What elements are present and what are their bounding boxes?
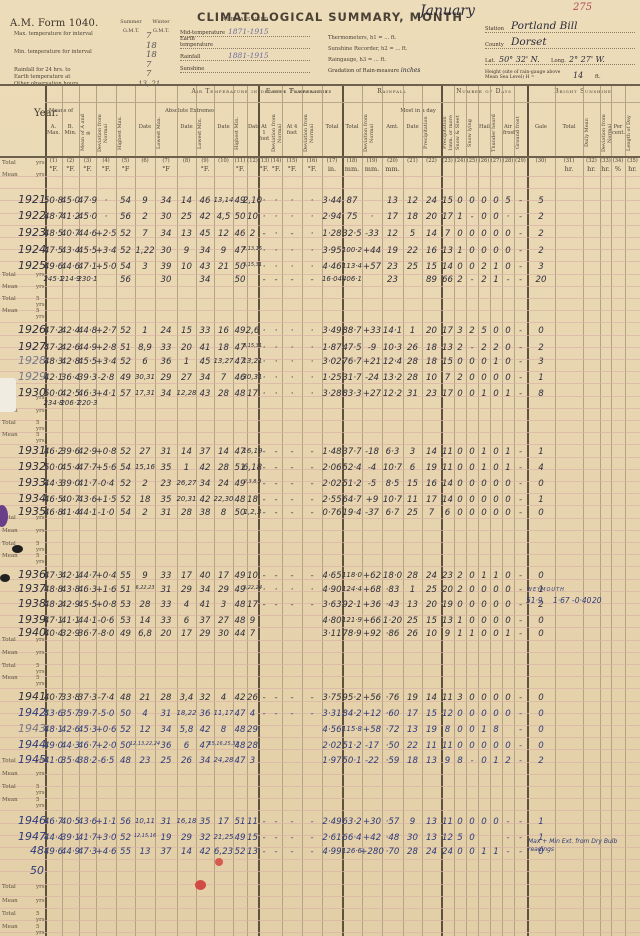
- column-unit: in.: [322, 166, 342, 172]
- table-cell: 11: [442, 693, 453, 703]
- table-cell: -: [519, 246, 522, 256]
- table-cell: 0: [493, 246, 498, 256]
- table-cell: 44·6: [78, 229, 97, 239]
- table-cell: 16·04: [322, 275, 342, 283]
- table-cell: 6,22,23: [135, 585, 154, 591]
- table-cell: ·: [263, 357, 266, 367]
- table-cell: 230·1: [77, 275, 97, 283]
- table-cell: -: [310, 447, 313, 457]
- table-cell: 25: [407, 508, 418, 518]
- table-cell: 4: [538, 463, 543, 473]
- table-cell: +1·6: [96, 585, 117, 595]
- table-cell: 11: [442, 741, 453, 751]
- ruled-line: [0, 786, 640, 787]
- table-cell: 6: [184, 616, 189, 626]
- summary-row-label: Mean5 yrs.: [2, 797, 18, 803]
- table-cell: 17: [442, 326, 453, 336]
- table-cell: 25: [161, 756, 172, 766]
- table-cell: 13,21: [242, 357, 262, 365]
- table-cell: ·: [311, 262, 314, 272]
- table-cell: 1: [184, 463, 189, 473]
- row-year: 1946: [18, 814, 46, 827]
- reference-number: 275: [573, 2, 592, 13]
- table-cell: 37·7: [342, 447, 361, 457]
- table-cell: 13: [442, 246, 453, 256]
- column-header: Total: [556, 124, 582, 130]
- column-header: Lowest Max.: [156, 114, 176, 152]
- table-cell: 1: [457, 629, 462, 639]
- table-cell: -: [274, 447, 277, 457]
- table-cell: -: [519, 447, 522, 457]
- table-cell: +1·1: [96, 817, 117, 827]
- table-cell: 0: [469, 463, 474, 473]
- row-year: 1927: [18, 340, 46, 353]
- table-cell: 17: [181, 571, 192, 581]
- table-cell: 7: [221, 373, 226, 383]
- table-cell: 47: [235, 709, 246, 719]
- column-number: (6): [135, 158, 155, 164]
- table-cell: 1: [481, 463, 486, 473]
- table-cell: 0: [481, 495, 486, 505]
- table-cell: 4·56: [322, 725, 341, 735]
- ruled-line: [0, 530, 640, 531]
- summary-row-label: Mean5 yrs.: [2, 432, 18, 438]
- table-cell: 36: [161, 357, 172, 367]
- table-cell: 0: [538, 571, 543, 581]
- table-cell: +42: [363, 833, 381, 843]
- table-cell: -9: [368, 343, 377, 353]
- table-cell: 3: [221, 600, 226, 610]
- row-year: 50: [30, 864, 44, 877]
- table-cell: 35: [161, 495, 172, 505]
- column-number: (19): [362, 158, 382, 164]
- table-cell: 9: [142, 196, 147, 206]
- table-cell: 4·80: [322, 616, 341, 626]
- table-cell: 0: [493, 585, 498, 595]
- summary-row-label: Mean5 yrs.: [2, 924, 18, 930]
- table-cell: 36: [200, 709, 211, 719]
- table-cell: 46·7: [78, 741, 97, 751]
- table-cell: 0: [538, 616, 543, 626]
- table-cell: 10,11: [135, 817, 155, 825]
- table-cell: -: [262, 833, 265, 843]
- table-cell: 1: [505, 389, 510, 399]
- table-cell: 1: [493, 275, 498, 285]
- row-year: 1929: [18, 370, 46, 383]
- table-cell: 31: [161, 817, 172, 827]
- table-cell: 50: [235, 275, 246, 285]
- table-cell: ·: [105, 196, 108, 206]
- table-cell: 28: [218, 389, 229, 399]
- table-cell: 56: [120, 275, 131, 285]
- table-cell: 52: [120, 357, 131, 367]
- table-cell: 9: [445, 629, 450, 639]
- table-cell: 42: [200, 495, 211, 505]
- column-header: Mean of A and B: [80, 114, 95, 152]
- table-cell: 28: [247, 741, 258, 751]
- table-cell: 0: [505, 585, 510, 595]
- table-cell: 48: [235, 616, 246, 626]
- table-cell: -33: [365, 229, 379, 239]
- table-cell: 13,14: [213, 196, 233, 204]
- table-cell: 25: [407, 262, 418, 272]
- table-cell: ·83: [386, 585, 400, 595]
- table-cell: 43·6: [78, 817, 97, 827]
- table-cell: 42: [200, 725, 211, 735]
- table-cell: 48: [120, 693, 131, 703]
- table-cell: 30: [161, 212, 172, 222]
- table-cell: 2: [457, 275, 462, 285]
- table-cell: 23: [387, 275, 398, 285]
- climatological-summary-form: A.M. Form 1040. CLIMATOLOGICAL SUMMARY, …: [0, 0, 640, 936]
- table-cell: 2: [538, 343, 543, 353]
- table-cell: ·: [275, 343, 278, 353]
- table-cell: 406·1: [342, 275, 362, 283]
- table-cell: 0: [493, 479, 498, 489]
- table-cell: ·: [275, 585, 278, 595]
- ruled-line: [0, 322, 640, 323]
- longitude: 2° 27' W.: [569, 55, 605, 64]
- table-cell: 44·1: [78, 508, 97, 518]
- column-header: Date: [404, 124, 421, 130]
- table-cell: -: [310, 709, 313, 719]
- table-cell: 15: [442, 357, 453, 367]
- table-cell: 2,13,15: [243, 246, 262, 252]
- row-year: 1939: [18, 613, 46, 626]
- table-cell: 20: [536, 275, 547, 285]
- table-cell: +92: [363, 629, 381, 639]
- table-cell: 2,10: [243, 196, 262, 206]
- column-header: Highest Max.: [117, 114, 134, 152]
- normals-used: NORMALS USED Mid-temperature1871-1915 Ea…: [180, 22, 310, 73]
- table-cell: 3·49: [322, 326, 341, 336]
- column-header: Amt.: [383, 124, 402, 130]
- column-header: Snow & Sleet: [455, 114, 465, 152]
- table-cell: 13: [387, 196, 398, 206]
- table-cell: 56: [120, 212, 131, 222]
- table-cell: 10: [426, 629, 437, 639]
- ruled-line: [0, 652, 640, 653]
- table-cell: 18: [218, 343, 229, 353]
- table-cell: 48: [235, 495, 246, 505]
- ruled-line: [0, 420, 640, 421]
- table-cell: 30: [161, 275, 172, 285]
- table-cell: 29: [161, 373, 172, 383]
- table-cell: +0·4: [96, 571, 117, 581]
- table-cell: 0: [469, 741, 474, 751]
- table-cell: 14: [181, 847, 192, 857]
- obs-label: Max. temperature for interval: [14, 30, 124, 39]
- summary-row-label: Totalyrs.: [2, 758, 16, 764]
- table-cell: 2: [142, 508, 147, 518]
- ink-spot: [12, 545, 23, 553]
- table-cell: 0: [469, 616, 474, 626]
- ruled-line: [0, 554, 640, 555]
- table-cell: -: [262, 229, 265, 239]
- table-cell: -: [519, 741, 522, 751]
- table-cell: 0: [457, 463, 462, 473]
- column-number: (3): [79, 158, 96, 164]
- table-cell: 37: [161, 847, 172, 857]
- table-cell: 0: [457, 817, 462, 827]
- table-cell: ·72: [386, 725, 400, 735]
- table-cell: 4·90: [322, 585, 341, 595]
- table-cell: 29: [200, 629, 211, 639]
- table-cell: 0: [538, 479, 543, 489]
- table-cell: ·43: [386, 600, 400, 610]
- table-cell: 50: [235, 212, 246, 222]
- table-cell: ·: [291, 246, 294, 256]
- table-cell: +4·1: [96, 389, 117, 399]
- table-cell: ·: [275, 212, 278, 222]
- table-cell: 2: [469, 326, 474, 336]
- table-cell: ·: [105, 212, 108, 222]
- table-cell: 29: [218, 585, 229, 595]
- table-cell: ·57: [386, 817, 400, 827]
- table-cell: -: [310, 600, 313, 610]
- table-cell: 2: [538, 229, 543, 239]
- table-cell: -: [519, 817, 522, 827]
- table-cell: -24: [365, 373, 379, 383]
- table-cell: 0: [505, 357, 510, 367]
- table-cell: 33: [161, 343, 172, 353]
- table-cell: 0: [481, 373, 486, 383]
- table-cell: 0: [469, 495, 474, 505]
- column-number: (13): [258, 158, 270, 164]
- table-cell: 0: [505, 479, 510, 489]
- table-cell: 18: [407, 756, 418, 766]
- table-cell: 1: [481, 847, 486, 857]
- table-cell: 0: [469, 600, 474, 610]
- table-cell: 37: [200, 447, 211, 457]
- column-unit: hr.: [583, 166, 600, 172]
- table-cell: 6,8: [138, 629, 152, 639]
- heights-block: Thermometers, h1 = ... ft. Sunshine Reco…: [328, 33, 468, 66]
- sunshine-daily-mean: 1·67: [553, 596, 570, 605]
- table-cell: ·: [275, 229, 278, 239]
- table-cell: -: [519, 693, 522, 703]
- table-cell: 9: [410, 817, 415, 827]
- row-year: 1945: [18, 753, 46, 766]
- table-cell: -0·6: [98, 616, 115, 626]
- table-cell: ·: [507, 212, 510, 222]
- row-year: 1933: [18, 476, 46, 489]
- table-cell: 0: [457, 709, 462, 719]
- table-cell: 0: [457, 447, 462, 457]
- ruled-line: [0, 505, 640, 506]
- table-cell: 33: [161, 571, 172, 581]
- table-cell: 1: [538, 495, 543, 505]
- table-cell: +57: [363, 262, 381, 272]
- table-cell: 14: [426, 229, 437, 239]
- table-cell: 13·2: [383, 373, 402, 383]
- table-cell: 25: [426, 585, 437, 595]
- table-cell: 51: [235, 817, 246, 827]
- ruled-line: [0, 444, 640, 445]
- column-header: Snow lying: [467, 114, 477, 152]
- table-cell: 9: [142, 571, 147, 581]
- table-cell: 12: [442, 833, 453, 843]
- table-cell: 15: [442, 196, 453, 206]
- table-cell: 1: [481, 447, 486, 457]
- table-cell: 87: [347, 196, 358, 206]
- table-cell: 52: [120, 725, 131, 735]
- table-cell: ·: [311, 326, 314, 336]
- table-cell: 14: [181, 196, 192, 206]
- table-cell: 30: [161, 246, 172, 256]
- row-year: 1930: [18, 386, 46, 399]
- column-number: (1): [45, 158, 62, 164]
- table-cell: ·: [263, 326, 266, 336]
- table-cell: 1: [493, 357, 498, 367]
- table-cell: 2·02: [322, 479, 341, 489]
- summary-row-label: Totalyrs.: [2, 637, 16, 643]
- table-cell: 0: [493, 212, 498, 222]
- table-cell: -: [519, 275, 522, 285]
- column-header: Date: [178, 124, 195, 130]
- table-cell: 52·4: [342, 463, 361, 473]
- table-cell: 6: [142, 357, 147, 367]
- table-cell: 1: [493, 847, 498, 857]
- table-cell: 28: [218, 463, 229, 473]
- table-cell: 36: [161, 741, 172, 751]
- table-cell: 0: [505, 600, 510, 610]
- row-year: 1921: [18, 193, 46, 206]
- table-cell: 24: [218, 479, 229, 489]
- table-cell: 42: [200, 463, 211, 473]
- table-cell: +3·4: [96, 246, 117, 256]
- table-cell: +5·0: [96, 262, 117, 272]
- column-unit: °F.: [96, 166, 116, 172]
- ruled-line: [0, 286, 640, 287]
- table-cell: 43: [200, 262, 211, 272]
- table-cell: 1,2,3: [244, 508, 262, 516]
- table-cell: 2: [538, 212, 543, 222]
- column-header: Air frost: [503, 124, 513, 136]
- table-cell: 45·5: [78, 246, 97, 256]
- table-cell: 47·5: [342, 343, 361, 353]
- table-cell: 11: [407, 495, 418, 505]
- table-cell: 0: [505, 709, 510, 719]
- table-cell: +4·6: [96, 847, 117, 857]
- table-cell: ·: [263, 343, 266, 353]
- table-cell: ·: [291, 212, 294, 222]
- column-number: (28): [502, 158, 514, 164]
- table-cell: 45: [200, 229, 211, 239]
- table-cell: 51·2: [342, 479, 361, 489]
- table-cell: 0: [493, 229, 498, 239]
- table-cell: 13: [426, 817, 437, 827]
- table-cell: 52: [120, 495, 131, 505]
- table-cell: 0: [538, 725, 543, 735]
- table-cell: 7: [250, 629, 255, 639]
- table-cell: ·76: [386, 693, 400, 703]
- sunshine-total: 51·9: [526, 596, 543, 605]
- table-cell: ·: [275, 389, 278, 399]
- table-cell: 0: [469, 833, 474, 843]
- table-cell: 4·65: [322, 571, 341, 581]
- table-cell: 15: [426, 616, 437, 626]
- row-year: 1935: [18, 505, 46, 518]
- column-number: (9): [196, 158, 214, 164]
- table-cell: 21: [140, 693, 151, 703]
- table-cell: 14: [442, 262, 453, 272]
- table-cell: 34: [161, 229, 172, 239]
- table-cell: 42·9: [78, 447, 97, 457]
- table-cell: 35: [161, 463, 172, 473]
- table-cell: 3: [410, 447, 415, 457]
- table-cell: 23: [140, 756, 151, 766]
- ruled-line: [0, 566, 640, 567]
- table-cell: 47·3: [78, 847, 97, 857]
- table-cell: 14·1: [383, 326, 402, 336]
- table-cell: 18,22: [176, 709, 196, 717]
- table-cell: +62: [363, 571, 381, 581]
- table-cell: 13: [407, 600, 418, 610]
- table-cell: 40: [200, 571, 211, 581]
- table-cell: 13: [442, 343, 453, 353]
- table-cell: 8·5: [386, 479, 400, 489]
- table-cell: -: [519, 373, 522, 383]
- table-cell: 41: [200, 600, 211, 610]
- table-cell: -0·4: [98, 479, 115, 489]
- table-cell: +2·0: [96, 741, 117, 751]
- table-cell: 0: [481, 629, 486, 639]
- table-cell: -: [519, 709, 522, 719]
- row-year: 1947: [18, 830, 46, 843]
- table-cell: ·: [291, 262, 294, 272]
- table-cell: ·: [291, 196, 294, 206]
- table-cell: 16: [218, 326, 229, 336]
- table-cell: 39·3: [78, 373, 97, 383]
- table-cell: 14: [426, 447, 437, 457]
- table-cell: 0: [457, 357, 462, 367]
- table-cell: 12,15,16: [134, 833, 156, 839]
- table-cell: -: [290, 847, 293, 857]
- table-cell: 13: [140, 847, 151, 857]
- table-cell: -: [290, 508, 293, 518]
- table-cell: 37: [200, 616, 211, 626]
- table-cell: 26: [247, 693, 258, 703]
- table-cell: -: [262, 463, 265, 473]
- table-cell: -: [290, 709, 293, 719]
- table-cell: 54: [120, 508, 131, 518]
- table-cell: 20: [426, 600, 437, 610]
- column-header: At 4 feet: [283, 124, 301, 136]
- column-header: Hail: [479, 124, 489, 130]
- table-cell: -: [310, 833, 313, 843]
- table-cell: 46: [200, 196, 211, 206]
- table-cell: 0: [481, 741, 486, 751]
- table-cell: 45·3: [78, 725, 97, 735]
- table-cell: 9: [250, 616, 255, 626]
- table-cell: 0: [505, 326, 510, 336]
- red-ink-stain: [195, 880, 206, 890]
- table-cell: 0: [505, 693, 510, 703]
- table-cell: 1: [538, 373, 543, 383]
- table-cell: 43: [200, 389, 211, 399]
- table-cell: -: [290, 571, 293, 581]
- table-cell: 1·97: [322, 756, 341, 766]
- table-cell: 12: [140, 725, 151, 735]
- column-number: (32): [583, 158, 600, 164]
- table-cell: 1: [481, 389, 486, 399]
- table-cell: 3·28: [322, 389, 341, 399]
- table-cell: 0: [493, 373, 498, 383]
- table-cell: 0: [469, 571, 474, 581]
- table-cell: 15: [181, 326, 192, 336]
- table-cell: -: [290, 833, 293, 843]
